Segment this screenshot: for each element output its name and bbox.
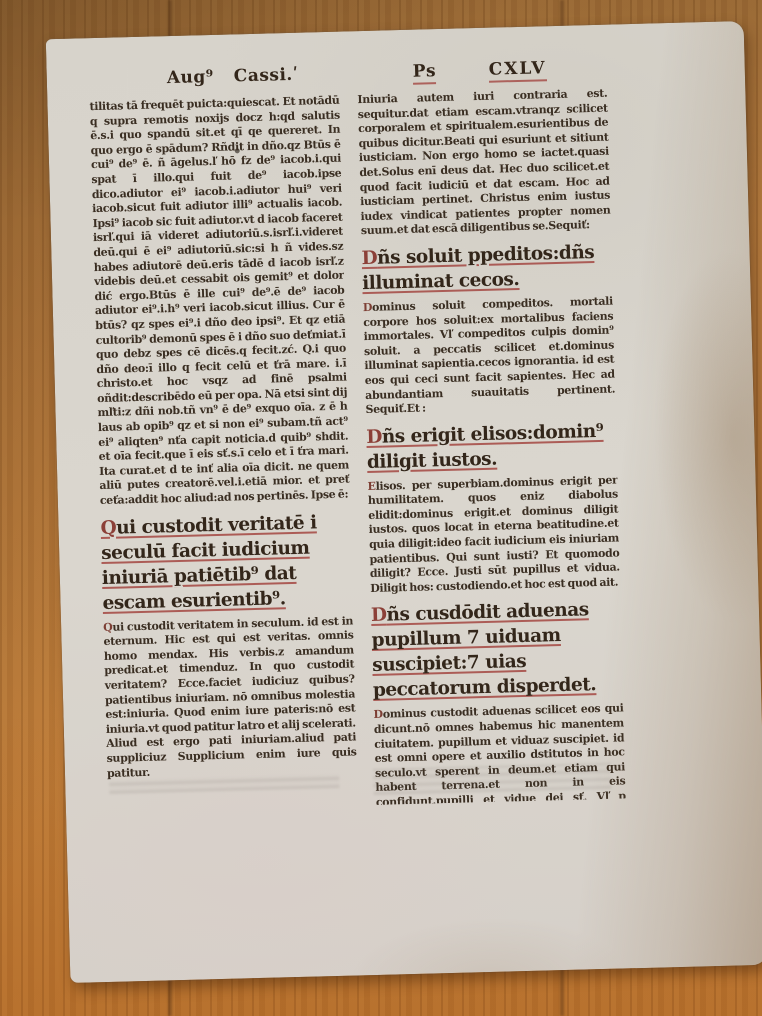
rubric-heading: Dñs cusdōdit aduenas pupillum 7 uiduam s…: [371, 597, 624, 704]
body-paragraph: Elisos. per superbiam.dominus erigit per…: [367, 473, 620, 596]
header-psalm-label: Ps: [412, 61, 436, 85]
header-author-cassiodorus: Cassi.ʹ: [234, 65, 299, 87]
photo-background-wood-table: Aug⁹ Cassi.ʹ Ps CXLV tilitas tā frequēt …: [0, 0, 762, 1016]
rubric-heading: Dñs erigit elisos:domin⁹ diligit iustos.: [366, 418, 617, 475]
header-page-number: CXLV: [488, 58, 546, 83]
text-block: tilitas tā frequēt puicta:quiescat. Et n…: [89, 87, 625, 812]
rubric-heading: Dñs soluit ppeditos:dñs illuminat cecos.: [361, 240, 612, 297]
book-page: Aug⁹ Cassi.ʹ Ps CXLV tilitas tā frequēt …: [46, 21, 762, 983]
text-column-left: tilitas tā frequēt puicta:quiescat. Et n…: [89, 94, 358, 812]
body-paragraph: Qui custodit veritatem in seculum. id es…: [103, 614, 357, 781]
rubric-heading: Qui custodit veritatē i seculū facit iud…: [100, 509, 353, 616]
header-author-augustinus: Aug⁹: [167, 67, 214, 88]
body-paragraph: Dominus soluit compeditos. mortali corpo…: [363, 294, 616, 417]
body-paragraph: Iniuria autem iuri contraria est. sequit…: [357, 87, 611, 239]
body-paragraph: Dominus custodit aduenas scilicet eos qu…: [373, 702, 625, 805]
body-paragraph: tilitas tā frequēt puicta:quiescat. Et n…: [89, 94, 350, 509]
text-column-right: Iniuria autem iuri contraria est. sequit…: [357, 87, 626, 805]
running-header: Aug⁹ Cassi.ʹ Ps CXLV: [47, 53, 745, 97]
